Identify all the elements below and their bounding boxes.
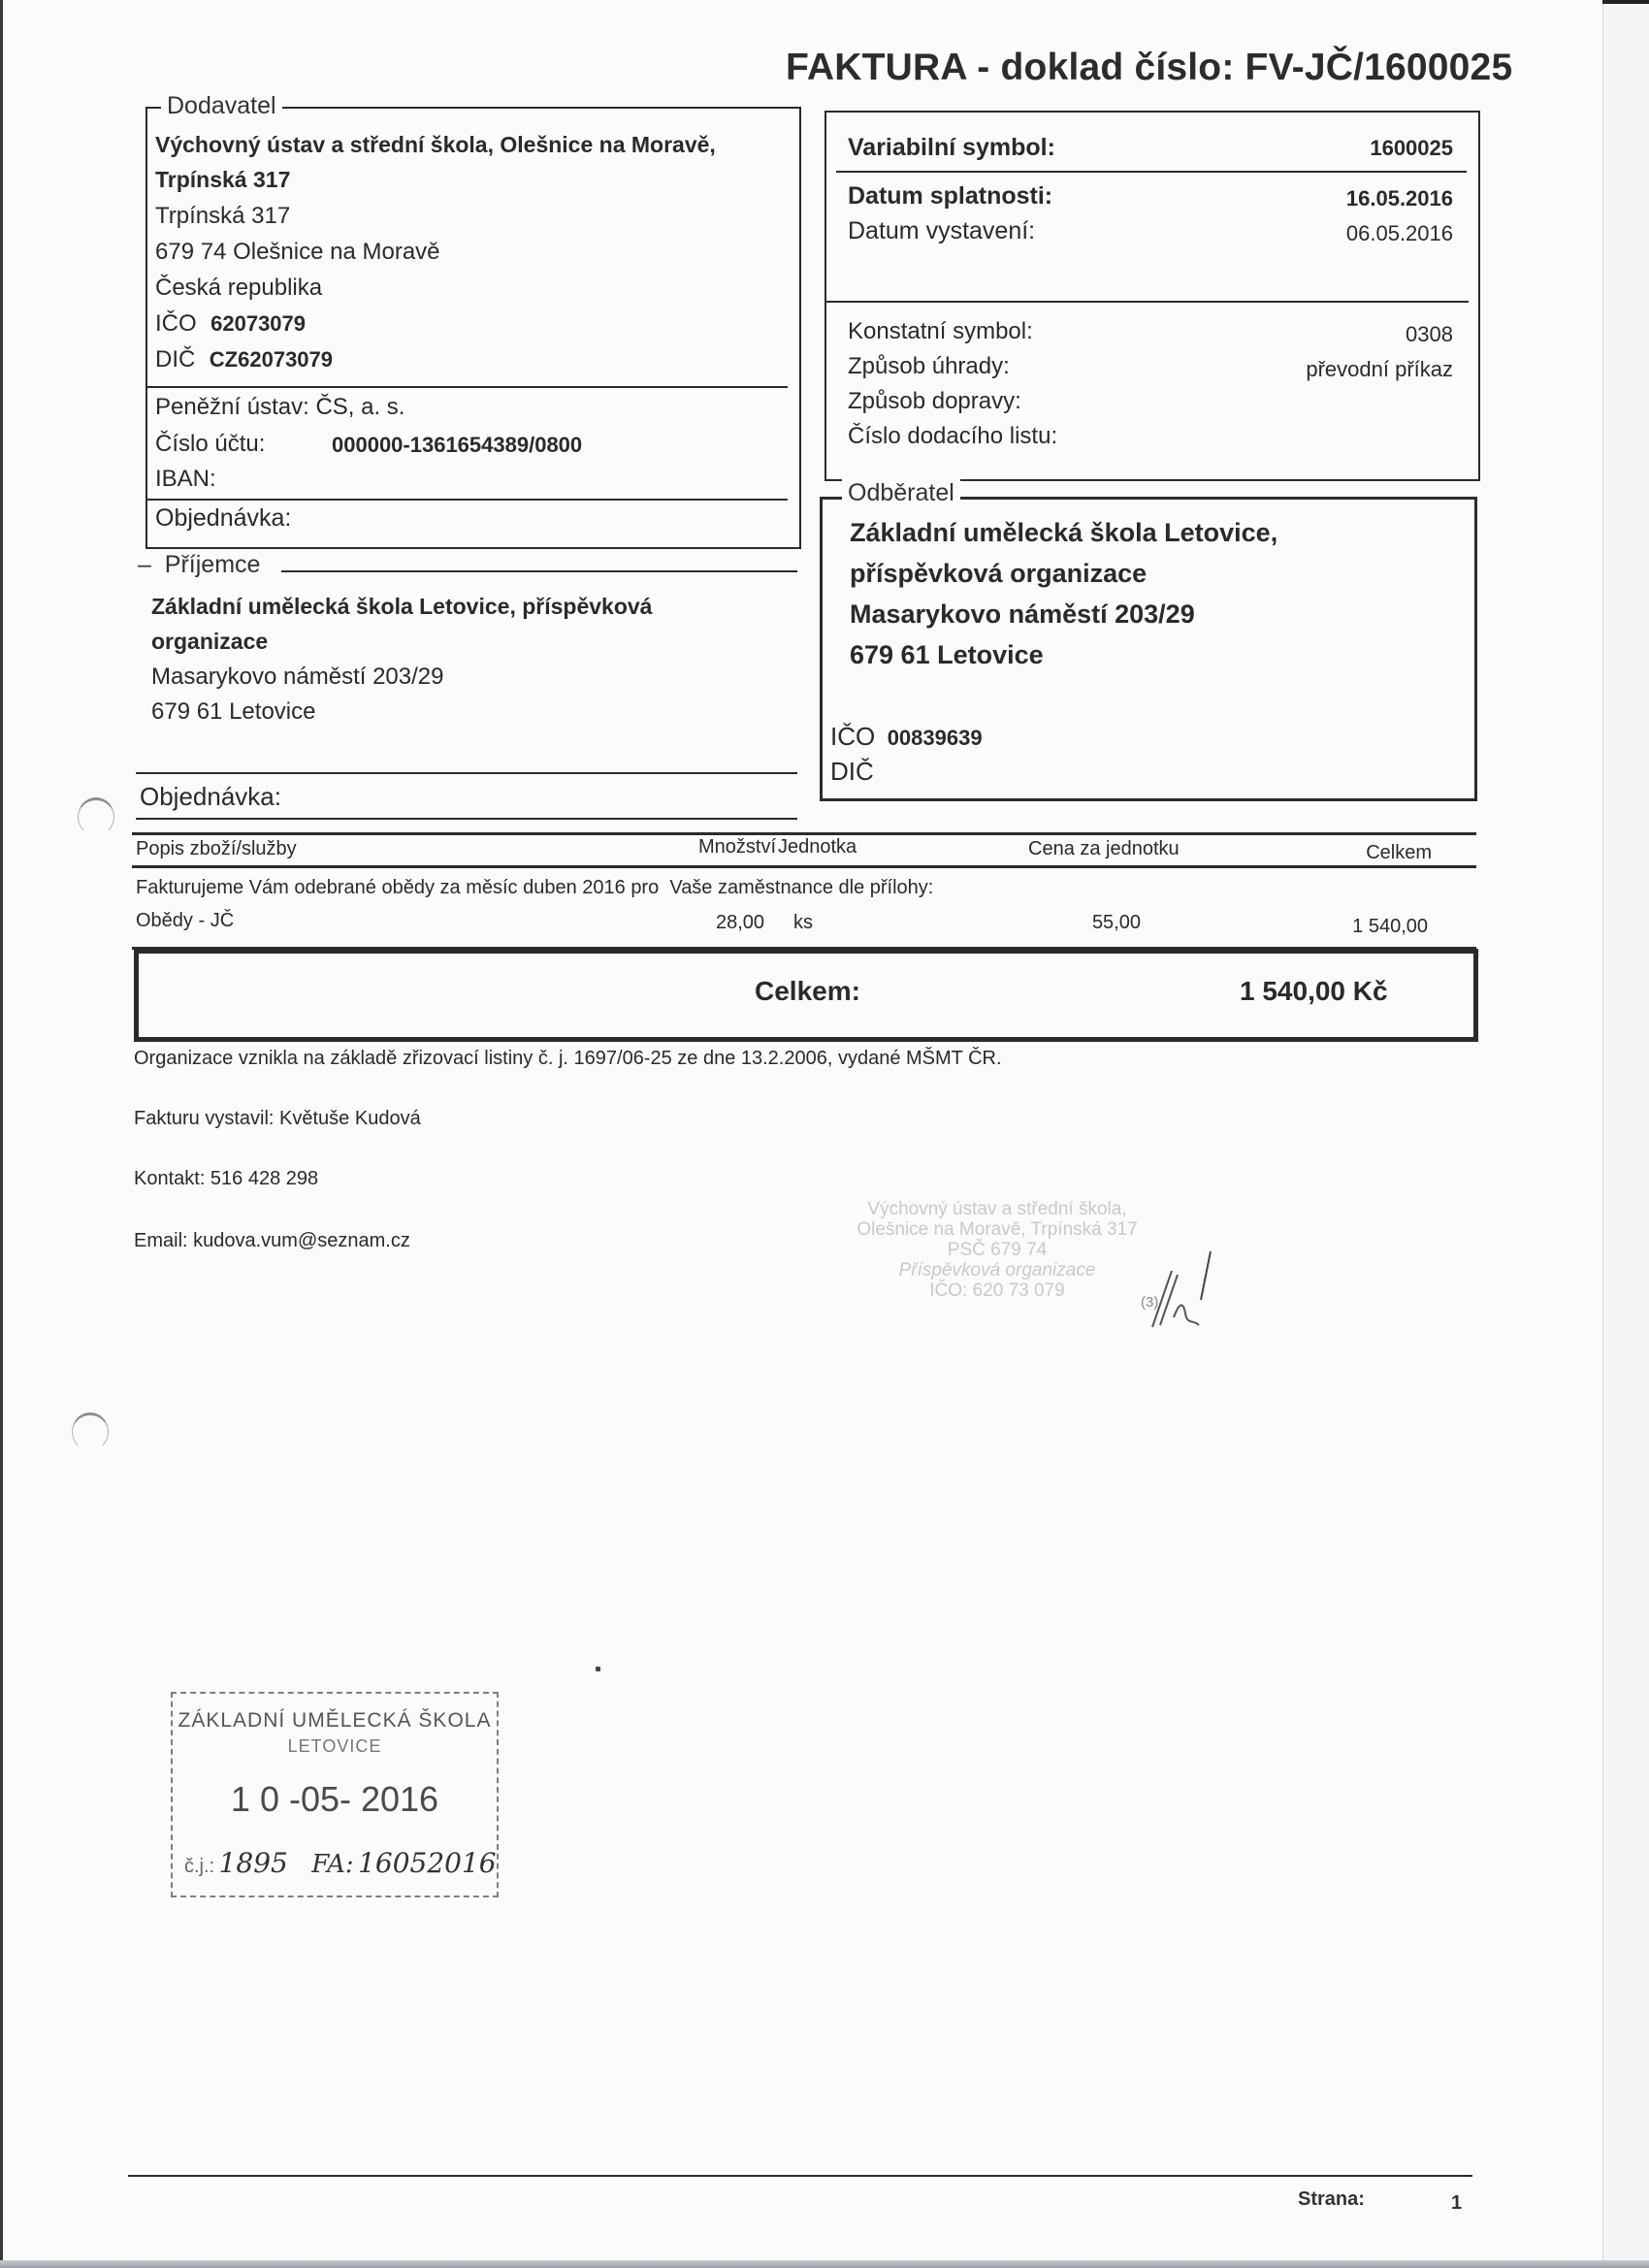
stray-dot bbox=[596, 1667, 600, 1671]
total-label: Celkem: bbox=[755, 976, 860, 1007]
constant-symbol-label: Konstatní symbol: bbox=[848, 318, 1033, 345]
supplier-dic-row: DIČ CZ62073079 bbox=[155, 346, 333, 373]
issued-by: Fakturu vystavil: Květuše Kudová bbox=[134, 1108, 421, 1130]
customer-street: Masarykovo náměstí 203/29 bbox=[850, 599, 1195, 630]
issue-date-label: Datum vystavení: bbox=[848, 217, 1035, 245]
customer-ico: 00839639 bbox=[888, 726, 983, 750]
payment-method: převodní příkaz bbox=[1306, 357, 1453, 382]
supplier-ico-row: IČO 62073079 bbox=[155, 310, 306, 338]
receipt-ref-value: 1895 bbox=[219, 1847, 288, 1879]
supplier-street: Trpínská 317 bbox=[155, 203, 290, 230]
contact-email: Email: kudova.vum@seznam.cz bbox=[134, 1230, 410, 1252]
supplier-city: 679 74 Olešnice na Moravě bbox=[155, 239, 440, 266]
recipient-order-underline bbox=[136, 818, 797, 820]
signature-icon bbox=[1135, 1242, 1222, 1339]
supplier-stamp-line2: Olešnice na Moravě, Trpínská 317 bbox=[832, 1219, 1162, 1240]
receipt-fa-value: 16052016 bbox=[358, 1847, 497, 1879]
receipt-ref-label: č.j.: bbox=[184, 1856, 214, 1877]
page-number: 1 bbox=[1451, 2192, 1462, 2215]
supplier-bank-row: Peněžní ústav: ČS, a. s. bbox=[155, 394, 404, 421]
recipient-dash: – bbox=[138, 551, 165, 578]
recipient-legend-text: Příjemce bbox=[165, 551, 261, 578]
customer-ico-label: IČO bbox=[830, 722, 875, 751]
row-unit-price: 55,00 bbox=[1092, 912, 1141, 934]
due-date: 16.05.2016 bbox=[1346, 186, 1453, 211]
recipient-order-row: Objednávka: bbox=[140, 782, 281, 812]
supplier-dic: CZ62073079 bbox=[210, 347, 333, 372]
supplier-divider-1 bbox=[145, 386, 788, 388]
issue-date: 06.05.2016 bbox=[1346, 221, 1453, 246]
recipient-name-line1: Základní umělecká škola Letovice, příspě… bbox=[151, 594, 652, 620]
supplier-order-label: Objednávka: bbox=[155, 504, 291, 532]
scan-edge-top bbox=[1602, 0, 1649, 4]
recipient-legend-rule bbox=[281, 570, 797, 572]
supplier-legend: Dodavatel bbox=[161, 92, 282, 120]
row-total: 1 540,00 bbox=[1352, 916, 1428, 938]
customer-dic-row: DIČ bbox=[830, 757, 882, 787]
supplier-country: Česká republika bbox=[155, 275, 322, 302]
items-header-top-rule bbox=[132, 832, 1476, 835]
supplier-account-label: Číslo účtu: bbox=[155, 431, 265, 457]
items-header-bottom-rule bbox=[132, 865, 1476, 868]
invoice-title: FAKTURA - doklad číslo: FV-JČ/1600025 bbox=[786, 47, 1512, 89]
customer-dic-label: DIČ bbox=[830, 757, 874, 786]
receipt-stamp-ref: č.j.: 1895 FA: 16052016 bbox=[184, 1847, 497, 1879]
supplier-ico-label: IČO bbox=[155, 310, 197, 337]
scan-edge-left bbox=[0, 0, 3, 2268]
recipient-legend: – Příjemce bbox=[132, 551, 266, 579]
supplier-bank-label: Peněžní ústav: bbox=[155, 394, 309, 420]
contact-phone: Kontakt: 516 428 298 bbox=[134, 1168, 318, 1190]
receipt-stamp-date: 1 0 -05- 2016 bbox=[173, 1779, 497, 1820]
recipient-street: Masarykovo náměstí 203/29 bbox=[151, 664, 444, 691]
recipient-city: 679 61 Letovice bbox=[151, 698, 315, 726]
scan-edge-bottom bbox=[0, 2260, 1649, 2268]
supplier-bank: ČS, a. s. bbox=[315, 394, 404, 420]
hole-punch-upper bbox=[78, 797, 114, 836]
row-description: Obědy - JČ bbox=[136, 910, 234, 932]
constant-symbol: 0308 bbox=[1406, 322, 1453, 347]
delivery-note-label: Číslo dodacího listu: bbox=[848, 423, 1057, 450]
row-unit: ks bbox=[793, 912, 813, 934]
total-amount: 1 540,00 Kč bbox=[1240, 976, 1388, 1007]
variable-symbol: 1600025 bbox=[1370, 136, 1453, 161]
receipt-fa-label: FA: bbox=[311, 1850, 353, 1879]
supplier-iban-row: IBAN: bbox=[155, 466, 216, 493]
variable-symbol-label: Variabilní symbol: bbox=[848, 134, 1055, 162]
payment-divider-1 bbox=[836, 171, 1467, 173]
recipient-divider bbox=[136, 772, 797, 774]
supplier-name-line1: Výchovný ústav a střední škola, Olešnice… bbox=[155, 132, 716, 158]
supplier-stamp: Výchovný ústav a střední škola, Olešnice… bbox=[832, 1199, 1162, 1301]
col-unit-price-header: Cena za jednotku bbox=[1028, 838, 1180, 860]
receipt-stamp-line2: LETOVICE bbox=[173, 1736, 497, 1757]
col-description-header: Popis zboží/služby bbox=[136, 838, 297, 860]
items-note: Fakturujeme Vám odebrané obědy za měsíc … bbox=[136, 877, 933, 899]
supplier-stamp-line5: IČO: 620 73 079 bbox=[832, 1280, 1162, 1301]
customer-name-line1: Základní umělecká škola Letovice, bbox=[850, 518, 1277, 548]
customer-city: 679 61 Letovice bbox=[850, 640, 1044, 670]
due-date-label: Datum splatnosti: bbox=[848, 182, 1052, 211]
col-unit-header: Jednotka bbox=[778, 836, 857, 859]
payment-method-label: Způsob úhrady: bbox=[848, 353, 1010, 380]
receipt-stamp: ZÁKLADNÍ UMĚLECKÁ ŠKOLA LETOVICE 1 0 -05… bbox=[171, 1692, 499, 1897]
supplier-iban-label: IBAN: bbox=[155, 466, 216, 492]
payment-divider-2 bbox=[824, 301, 1469, 303]
supplier-order-row: Objednávka: bbox=[155, 504, 291, 533]
page-label: Strana: bbox=[1298, 2188, 1365, 2211]
supplier-stamp-line1: Výchovný ústav a střední škola, bbox=[832, 1199, 1162, 1219]
customer-legend: Odběratel bbox=[842, 479, 960, 507]
supplier-account: 000000-1361654389/0800 bbox=[332, 433, 582, 458]
recipient-order-label: Objednávka: bbox=[140, 782, 281, 811]
supplier-account-row: Číslo účtu: 000000-1361654389/0800 bbox=[155, 431, 265, 458]
supplier-name-line2: Trpínská 317 bbox=[155, 167, 290, 193]
supplier-dic-label: DIČ bbox=[155, 346, 195, 373]
hole-punch-lower bbox=[72, 1412, 109, 1451]
supplier-divider-2 bbox=[145, 499, 788, 501]
page-footer-rule bbox=[128, 2175, 1472, 2177]
customer-ico-row: IČO 00839639 bbox=[830, 722, 983, 752]
row-quantity: 28,00 bbox=[716, 912, 764, 934]
invoice-page: FAKTURA - doklad číslo: FV-JČ/1600025 Do… bbox=[0, 0, 1603, 2260]
delivery-method-label: Způsob dopravy: bbox=[848, 388, 1021, 415]
col-quantity-header: Množství bbox=[698, 836, 776, 859]
founding-note: Organizace vznikla na základě zřizovací … bbox=[134, 1048, 1002, 1070]
customer-name-line2: příspěvková organizace bbox=[850, 559, 1147, 589]
col-total-header: Celkem bbox=[1366, 842, 1432, 864]
recipient-name-line2: organizace bbox=[151, 629, 268, 655]
supplier-stamp-line4: Příspěvková organizace bbox=[832, 1260, 1162, 1280]
receipt-stamp-line1: ZÁKLADNÍ UMĚLECKÁ ŠKOLA bbox=[173, 1709, 497, 1733]
supplier-ico: 62073079 bbox=[210, 311, 306, 336]
supplier-stamp-line3: PSČ 679 74 bbox=[832, 1240, 1162, 1260]
